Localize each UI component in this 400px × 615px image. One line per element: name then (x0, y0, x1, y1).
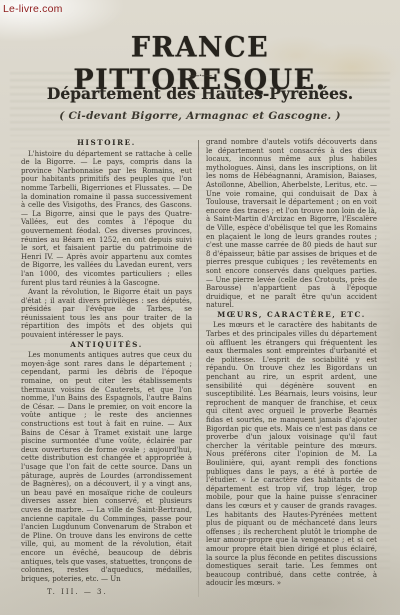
paragraph-histoire-1: L'histoire du département se rattache à … (21, 150, 192, 288)
left-column: HISTOIRE. L'histoire du département se r… (21, 138, 192, 597)
tome-signature-footer: T. III. — 3. (47, 588, 192, 597)
paragraph-histoire-2: Avant la révolution, le Bigorre était un… (21, 288, 192, 340)
paragraph-antiquites-continued: grand nombre d'autels votifs découverts … (206, 138, 377, 310)
section-heading-moeurs: MŒURS, CARACTÈRE, ETC. (206, 311, 377, 320)
two-column-text-block: HISTOIRE. L'histoire du département se r… (21, 138, 379, 597)
section-heading-histoire: HISTOIRE. (21, 139, 192, 148)
ornament-divider: —·— (0, 69, 400, 82)
paragraph-moeurs-1: Les mœurs et le caractère des habitants … (206, 321, 377, 587)
paragraph-antiquites-1: Les monuments antiques autres que ceux d… (21, 351, 192, 583)
scanned-page: Le-livre.com FRANCE PITTORESQUE. —·— Dép… (0, 0, 400, 615)
bookseller-watermark: Le-livre.com (3, 3, 63, 15)
article-subtitle: ( Ci-devant Bigorre, Armagnac et Gascogn… (0, 110, 400, 122)
right-column: grand nombre d'autels votifs découverts … (206, 138, 377, 597)
article-title: Département des Hautes-Pyrénées. (0, 84, 400, 103)
column-divider-rule (198, 140, 199, 597)
section-heading-antiquites: ANTIQUITÉS. (21, 341, 192, 350)
